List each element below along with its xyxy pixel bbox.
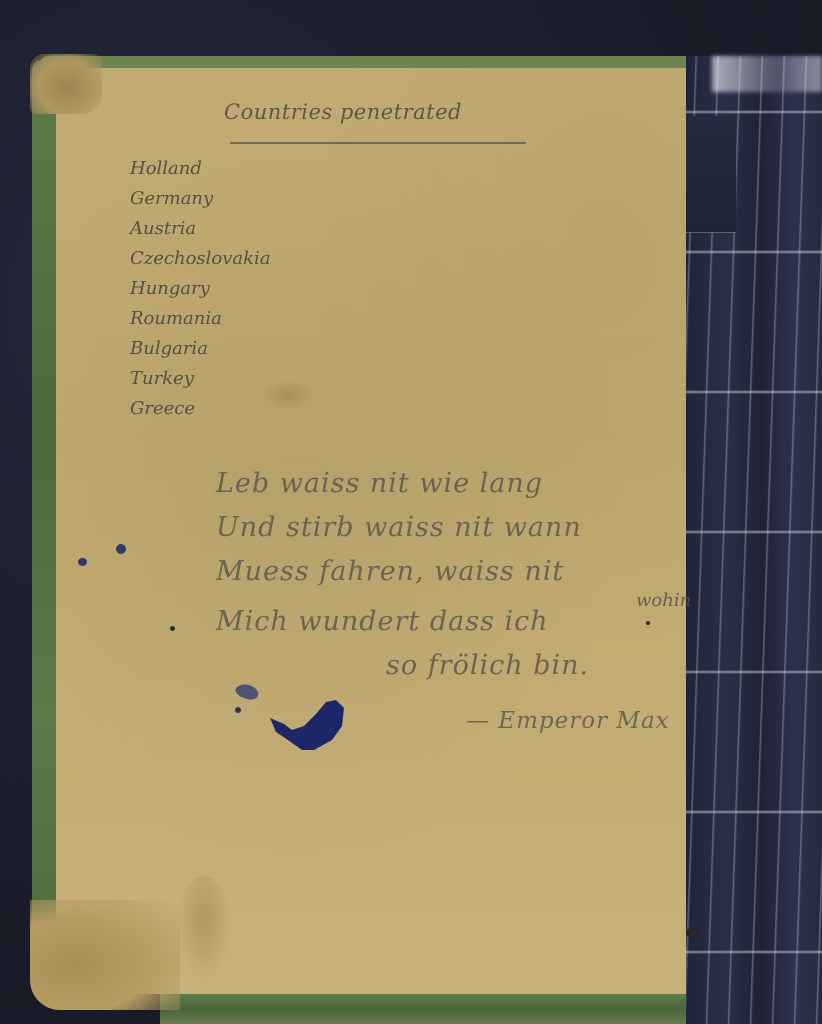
handwritten-title: Countries penetrated xyxy=(224,100,462,124)
ink-blot-icon xyxy=(232,680,352,760)
country-item: Hungary xyxy=(130,278,271,308)
tape-glare xyxy=(712,56,822,92)
handwritten-poem: Leb waiss nit wie lang Und stirb waiss n… xyxy=(216,468,589,694)
worn-corner-top-left xyxy=(30,54,102,114)
country-item: Czechoslovakia xyxy=(130,248,271,278)
worn-corner-bottom-left xyxy=(30,900,180,1010)
green-cloth-left-edge xyxy=(32,60,58,994)
ink-spot xyxy=(116,544,126,554)
country-item: Austria xyxy=(130,218,271,248)
poem-attribution: — Emperor Max xyxy=(466,708,670,734)
poem-line: Und stirb waiss nit wann xyxy=(216,512,589,556)
country-item: Germany xyxy=(130,188,271,218)
poem-line: Muess fahren, waiss nit xyxy=(216,556,589,600)
poem-continuation: wohin xyxy=(636,590,691,611)
poem-line: Mich wundert dass ich xyxy=(216,606,589,650)
poem-line: Leb waiss nit wie lang xyxy=(216,468,589,512)
ink-spot xyxy=(78,558,87,566)
green-cloth-bottom-edge xyxy=(160,994,690,1024)
tape-tab xyxy=(686,116,736,233)
title-underline xyxy=(230,142,526,144)
country-list: Holland Germany Austria Czechoslovakia H… xyxy=(130,158,271,428)
ink-spot xyxy=(170,626,175,631)
ink-spot xyxy=(686,928,698,938)
notebook-photo: Countries penetrated Holland Germany Aus… xyxy=(0,0,822,1024)
country-item: Bulgaria xyxy=(130,338,271,368)
country-item: Turkey xyxy=(130,368,271,398)
pencil-dot xyxy=(646,621,650,625)
country-item: Greece xyxy=(130,398,271,428)
water-stain xyxy=(176,876,232,986)
country-item: Holland xyxy=(130,158,271,188)
country-item: Roumania xyxy=(130,308,271,338)
